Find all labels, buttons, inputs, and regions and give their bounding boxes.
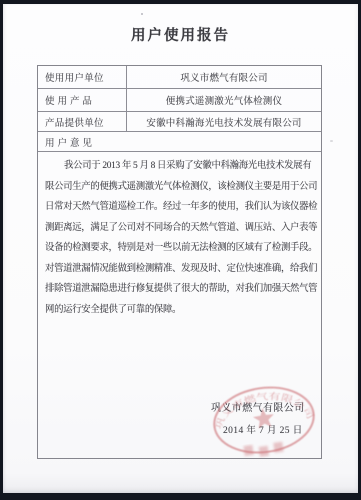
row-value-provider: 安徽中科瀚海光电技术发展有限公司 — [127, 112, 321, 131]
scanned-report-photo: 用户使用报告 使用用户单位 巩义市燃气有限公司 使 用 产 品 便携式遥测激光气… — [0, 0, 361, 500]
company-seal-stamp: 巩义市燃气有限公司 — [198, 369, 321, 459]
opinion-line: 排除管道泄漏隐患进行修复提供了很大的帮助，对我们加强天然气管 — [45, 279, 317, 300]
scan-speck — [330, 140, 333, 142]
signature-company: 巩义市燃气有限公司 — [211, 399, 305, 414]
table-row: 使 用 产 品 便携式遥测激光气体检测仪 — [38, 89, 321, 112]
row-label-provider: 产品提供单位 — [38, 112, 127, 131]
info-table: 使用用户单位 巩义市燃气有限公司 使 用 产 品 便携式遥测激光气体检测仪 产品… — [37, 65, 322, 459]
opinion-line: 我公司于 2013 年 5 月 8 日采购了安徽中科瀚海光电技术发展有 — [45, 156, 317, 177]
row-value-user-unit: 巩义市燃气有限公司 — [127, 66, 321, 88]
scan-speck — [141, 13, 143, 15]
table-row-opinion-header: 用 户 意 见 — [38, 132, 321, 152]
row-label-user-unit: 使用用户单位 — [38, 66, 127, 88]
report-page: 用户使用报告 使用用户单位 巩义市燃气有限公司 使 用 产 品 便携式遥测激光气… — [3, 4, 358, 493]
opinion-line: 对管道泄漏情况能做到检测精准、发现及时、定位快速准确，给我们 — [45, 259, 317, 280]
page-title: 用户使用报告 — [3, 24, 358, 45]
row-label-product: 使 用 产 品 — [38, 89, 127, 111]
table-row: 产品提供单位 安徽中科瀚海光电技术发展有限公司 — [38, 112, 321, 132]
row-value-product: 便携式遥测激光气体检测仪 — [127, 89, 321, 111]
opinion-line: 网的运行安全提供了可靠的保障。 — [45, 300, 317, 321]
opinion-body-cell: 我公司于 2013 年 5 月 8 日采购了安徽中科瀚海光电技术发展有 限公司生… — [38, 152, 321, 459]
opinion-line: 限公司生产的便携式遥测激光气体检测仪，该检测仪主要是用于公司 — [45, 177, 317, 198]
opinion-label: 用 户 意 见 — [38, 132, 321, 151]
opinion-line: 日常对天然气管道巡检工作。经过一年多的使用，我们认为该仪器检 — [45, 197, 317, 218]
signature-date: 2014 年 7 月 25 日 — [223, 422, 303, 436]
seal-bottom-glyphs — [243, 441, 283, 459]
seal-ring — [210, 381, 318, 458]
table-row: 使用用户单位 巩义市燃气有限公司 — [38, 66, 321, 89]
opinion-line: 测距离远，满足了公司对不同场合的天然气管道、调压站、入户表等 — [45, 218, 317, 239]
opinion-line: 设备的检测要求，特别是对一些以前无法检测的区域有了检测手段。 — [45, 238, 317, 259]
